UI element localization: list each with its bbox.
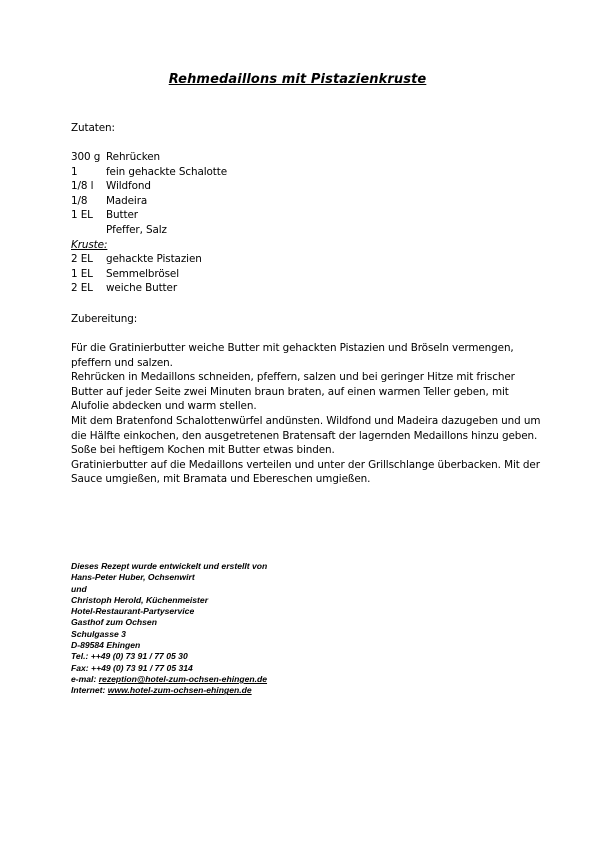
ingredients-heading: Zutaten: xyxy=(71,121,115,136)
ingredient-name: fein gehackte Schalotte xyxy=(106,165,227,180)
ingredient-row: 1 ELButter xyxy=(71,208,227,223)
ingredient-row: 1/8Madeira xyxy=(71,194,227,209)
page-title: Rehmedaillons mit Pistazienkruste xyxy=(0,72,595,87)
ingredient-qty xyxy=(71,223,106,238)
email-line: e-mal: rezeption@hotel-zum-ochsen-ehinge… xyxy=(71,674,267,685)
preparation-heading: Zubereitung: xyxy=(71,312,137,327)
website-link[interactable]: www.hotel-zum-ochsen-ehingen.de xyxy=(108,685,252,695)
ingredient-row: 1/8 lWildfond xyxy=(71,179,227,194)
preparation-step: Soße bei heftigem Kochen mit Butter etwa… xyxy=(71,443,541,458)
credits-line: D-89584 Ehingen xyxy=(71,640,267,651)
ingredient-name: Madeira xyxy=(106,194,147,209)
ingredient-name: Wildfond xyxy=(106,179,151,194)
ingredient-qty: 300 g xyxy=(71,150,106,165)
credits-line: Tel.: ++49 (0) 73 91 / 77 05 30 xyxy=(71,651,267,662)
email-label: e-mal: xyxy=(71,674,99,684)
preparation-steps: Für die Gratinierbutter weiche Butter mi… xyxy=(71,341,541,487)
ingredient-row: 1fein gehackte Schalotte xyxy=(71,165,227,180)
email-link[interactable]: rezeption@hotel-zum-ochsen-ehingen.de xyxy=(99,674,267,684)
ingredient-name: Rehrücken xyxy=(106,150,160,165)
ingredient-row: 1 ELSemmelbrösel xyxy=(71,267,227,282)
credits-line: Christoph Herold, Küchenmeister xyxy=(71,595,267,606)
credits-line: Schulgasse 3 xyxy=(71,629,267,640)
credits-line: Hotel-Restaurant-Partyservice xyxy=(71,606,267,617)
ingredient-qty: 1 EL xyxy=(71,267,106,282)
ingredient-qty: 2 EL xyxy=(71,252,106,267)
kruste-subheading: Kruste: xyxy=(71,238,107,253)
ingredient-row: Pfeffer, Salz xyxy=(71,223,227,238)
credits-line: Hans-Peter Huber, Ochsenwirt xyxy=(71,572,267,583)
ingredients-list: 300 gRehrücken 1fein gehackte Schalotte … xyxy=(71,150,227,296)
ingredient-qty: 1/8 xyxy=(71,194,106,209)
credits-line: Dieses Rezept wurde entwickelt und erste… xyxy=(71,561,267,572)
recipe-credits: Dieses Rezept wurde entwickelt und erste… xyxy=(71,561,267,697)
credits-line: Gasthof zum Ochsen xyxy=(71,617,267,628)
internet-label: Internet: xyxy=(71,685,108,695)
ingredient-row: 2 ELgehackte Pistazien xyxy=(71,252,227,267)
ingredient-name: Semmelbrösel xyxy=(106,267,179,282)
credits-line: und xyxy=(71,584,267,595)
ingredient-qty: 1 xyxy=(71,165,106,180)
ingredient-qty: 1 EL xyxy=(71,208,106,223)
ingredient-qty: 2 EL xyxy=(71,281,106,296)
ingredient-name: weiche Butter xyxy=(106,281,177,296)
kruste-subheading-row: Kruste: xyxy=(71,238,227,253)
preparation-step: Rehrücken in Medaillons schneiden, pfeff… xyxy=(71,370,541,414)
preparation-step: Für die Gratinierbutter weiche Butter mi… xyxy=(71,341,541,370)
ingredient-row: 2 ELweiche Butter xyxy=(71,281,227,296)
preparation-step: Gratinierbutter auf die Medaillons verte… xyxy=(71,458,541,487)
ingredient-name: Pfeffer, Salz xyxy=(106,223,167,238)
ingredient-row: 300 gRehrücken xyxy=(71,150,227,165)
ingredient-name: gehackte Pistazien xyxy=(106,252,202,267)
credits-line: Fax: ++49 (0) 73 91 / 77 05 314 xyxy=(71,663,267,674)
ingredient-qty: 1/8 l xyxy=(71,179,106,194)
preparation-step: Mit dem Bratenfond Schalottenwürfel andü… xyxy=(71,414,541,443)
ingredient-name: Butter xyxy=(106,208,138,223)
internet-line: Internet: www.hotel-zum-ochsen-ehingen.d… xyxy=(71,685,267,696)
